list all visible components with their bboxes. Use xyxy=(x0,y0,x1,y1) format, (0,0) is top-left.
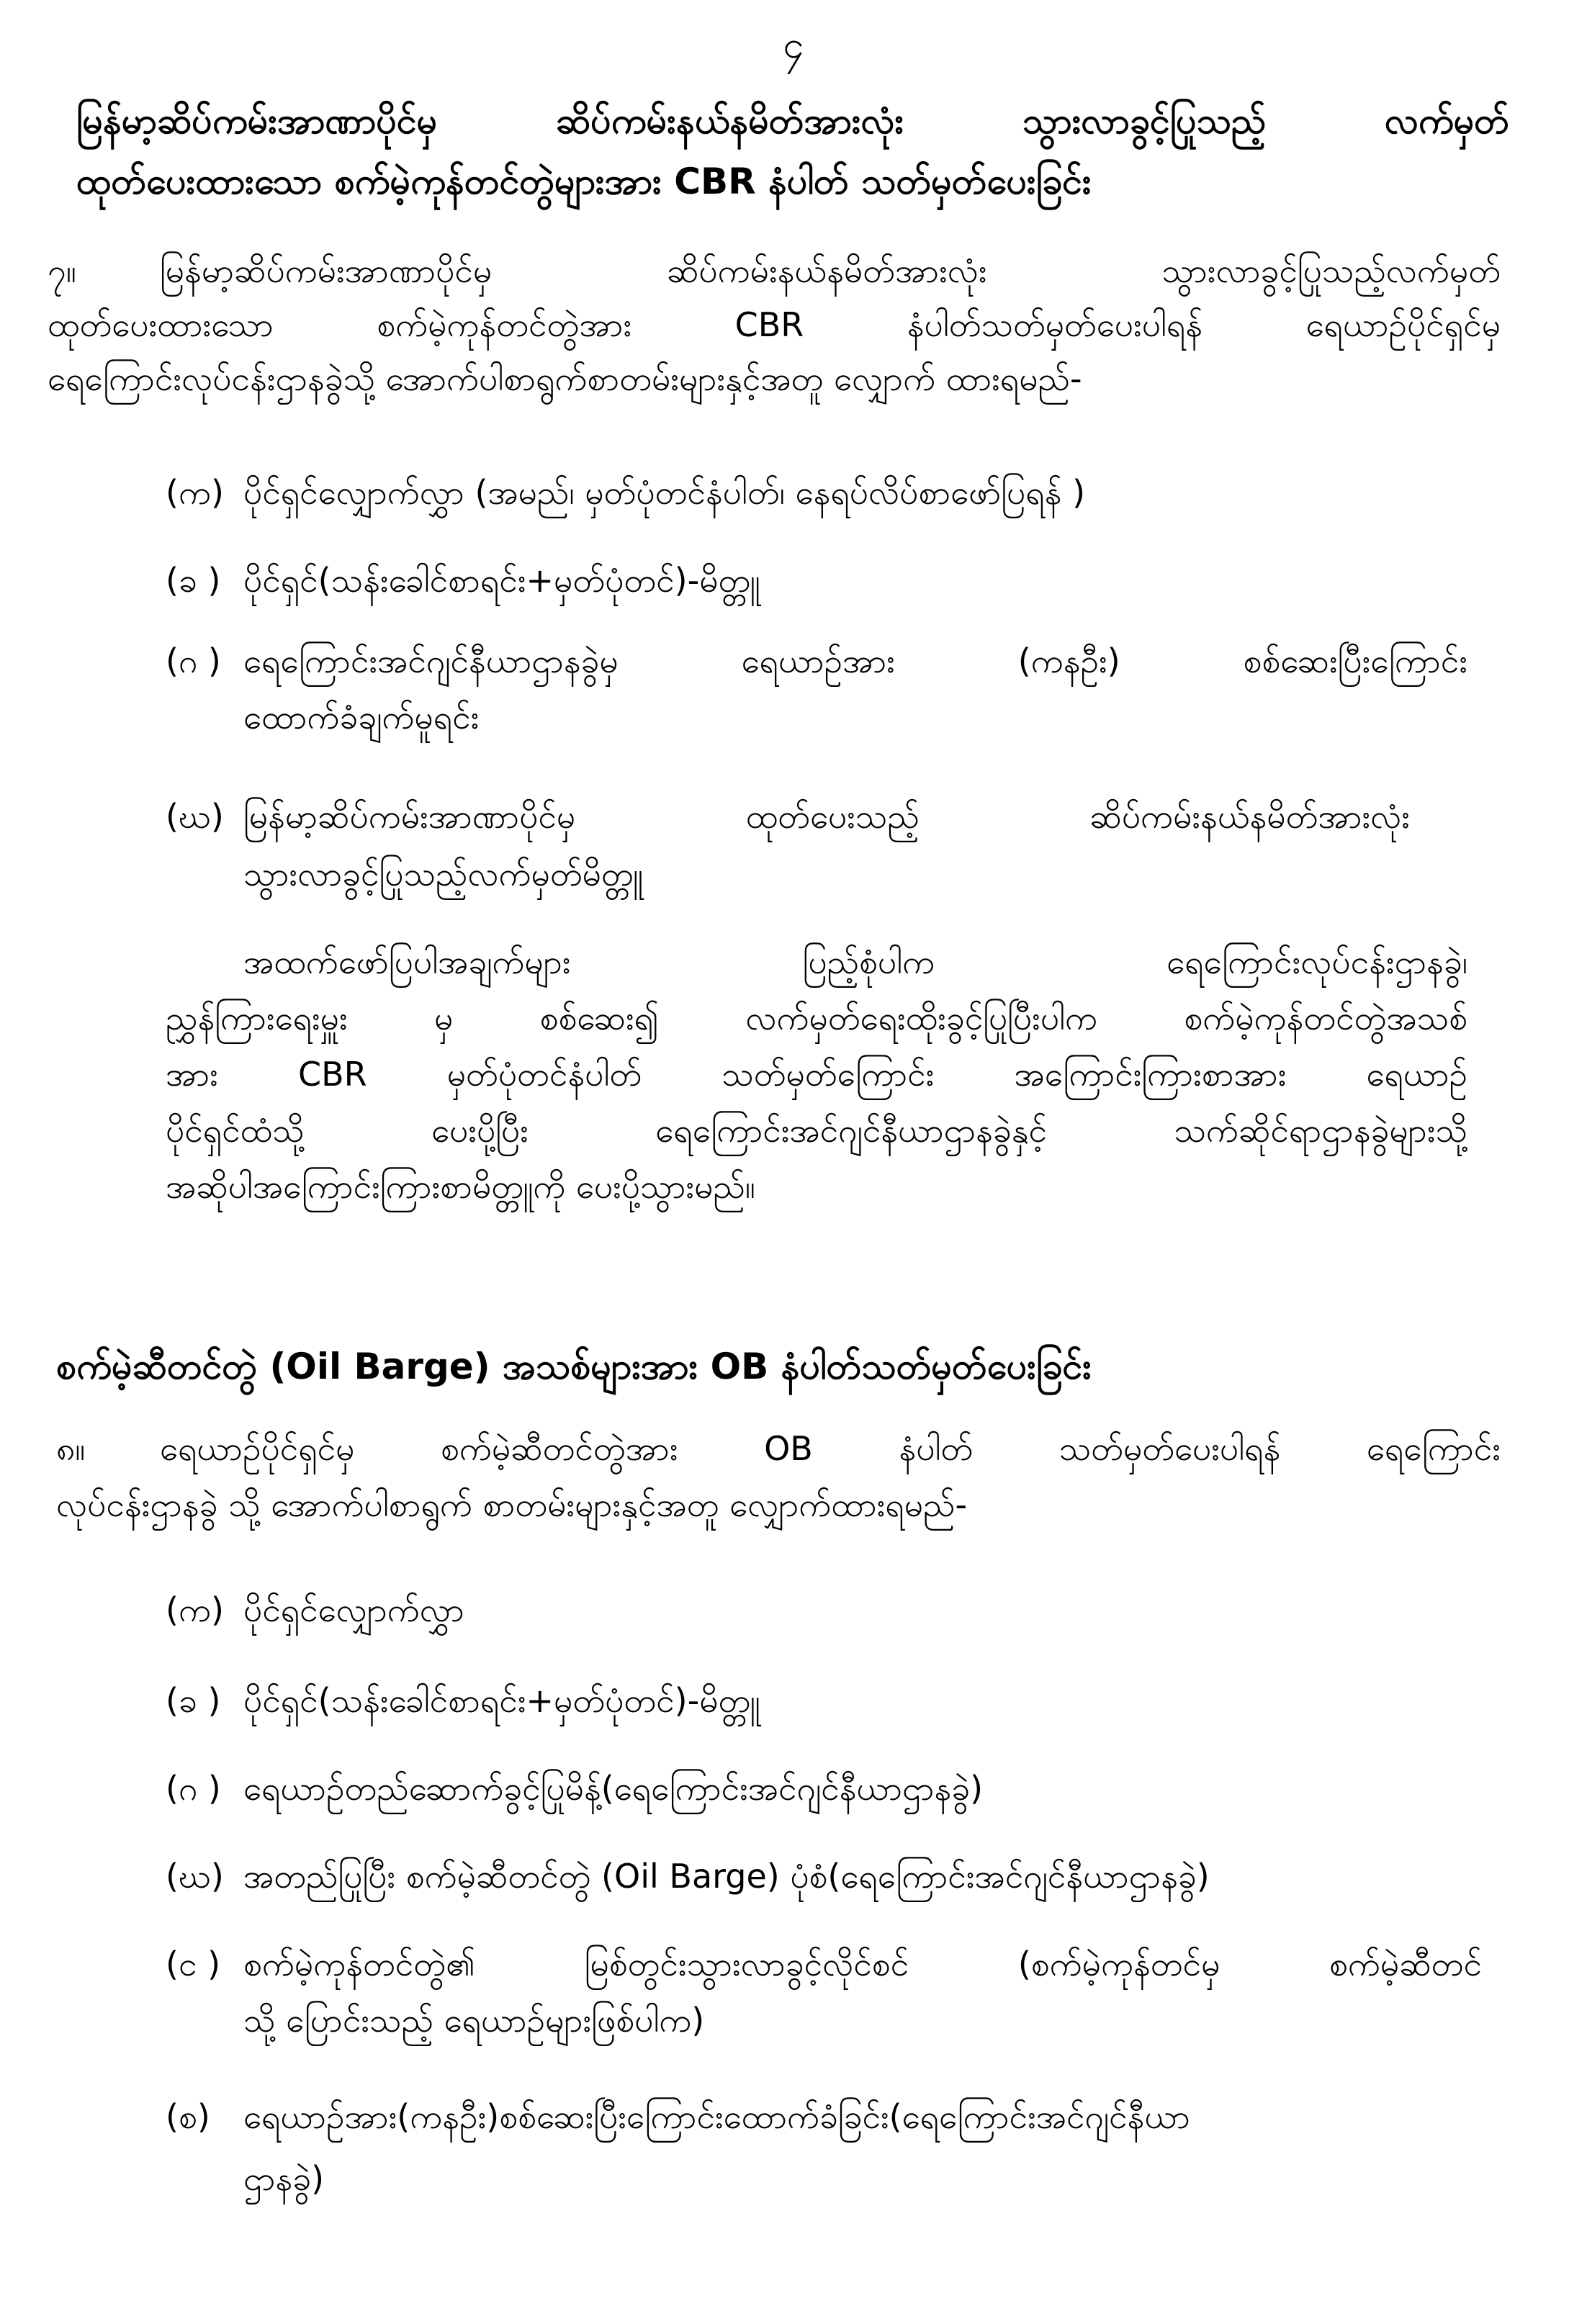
paragraph-8-number: ၈။ xyxy=(56,1423,85,1474)
paragraph-7-line-3: ရေကြောင်းလုပ်ငန်းဌာနခွဲသို့ အောက်ပါစာရွက… xyxy=(48,353,1082,405)
paragraph-7-line-2: ထုတ်ပေးထားသော စက်မဲ့ကုန်တင်တွဲအား CBR နံ… xyxy=(48,299,1501,351)
paragraph-7-line-1: မြန်မာ့ဆိပ်ကမ်းအာဏာပိုင်မှ ဆိပ်ကမ်းနယ်နမ… xyxy=(160,245,1501,297)
section-2-heading-text: စက်မဲ့ဆီတင်တွဲ (Oil Barge) အသစ်များအား O… xyxy=(56,1346,1092,1387)
s1-item-kha-text: ပိုင်ရှင်(သန်းခေါင်စာရင်း+မှတ်ပုံတင်)-မိ… xyxy=(243,554,760,606)
section-1-heading-line-1: မြန်မာ့ဆိပ်ကမ်းအာဏာပိုင်မှ ဆိပ်ကမ်းနယ်နမ… xyxy=(76,91,1509,151)
section-1-heading: မြန်မာ့ဆိပ်ကမ်းအာဏာပိုင်မှ ဆိပ်ကမ်းနယ်နမ… xyxy=(76,91,1509,212)
s2-item-sa-text-line-2: ဌာနခွဲ) xyxy=(243,2153,324,2204)
s1-item-gha-label: (ဃ) xyxy=(166,791,224,842)
s2-item-sa-text-line-1: ရေယာဉ်အား(ကနဦး)စစ်ဆေးပြီးကြောင်းထောက်ခံခ… xyxy=(243,2091,1190,2143)
s2-item-gha-text: အတည်ပြုပြီး စက်မဲ့ဆီတင်တွဲ (Oil Barge) ပ… xyxy=(243,1850,1210,1902)
closing-line-4: ပိုင်ရှင်ထံသို့ ပေးပို့ပြီး ရေကြောင်းအင်… xyxy=(166,1104,1467,1156)
s1-item-gha-text-line-1: မြန်မာ့ဆိပ်ကမ်းအာဏာပိုင်မှ ထုတ်ပေးသည့် ဆ… xyxy=(243,791,1410,842)
page-number: ၄ xyxy=(0,20,1587,71)
s2-item-ga-text: ရေယာဉ်တည်ဆောက်ခွင့်ပြုမိန့်(ရေကြောင်းအင်… xyxy=(243,1762,983,1814)
s2-item-ka-label: (က) xyxy=(166,1584,224,1636)
s1-item-ka-text: ပိုင်ရှင်လျှောက်လွှာ (အမည်၊ မှတ်ပုံတင်နံ… xyxy=(243,467,1085,518)
closing-line-2: ညွှန်ကြားရေးမှူး မှ စစ်ဆေး၍ လက်မှတ်ရေးထိ… xyxy=(166,992,1467,1044)
s2-item-ka-text: ပိုင်ရှင်လျှောက်လွှာ xyxy=(243,1584,464,1636)
s1-item-ga-label: (ဂ ) xyxy=(166,635,221,687)
paragraph-8-line-2: လုပ်ငန်းဌာနခွဲ သို့ အောက်ပါစာရွက် စာတမ်း… xyxy=(56,1479,967,1531)
paragraph-8-line-1: ရေယာဉ်ပိုင်ရှင်မှ စက်မဲ့ဆီတင်တွဲအား OB န… xyxy=(160,1423,1501,1474)
s2-item-nga-text-line-2: သို့ ပြောင်းသည့် ရေယာဉ်များဖြစ်ပါက) xyxy=(243,1994,704,2046)
closing-line-5: အဆိုပါအကြောင်းကြားစာမိတ္တူကို ပေးပို့သွာ… xyxy=(166,1161,755,1212)
s1-item-ga-text-line-1: ရေကြောင်းအင်ဂျင်နီယာဌာနခွဲမှ ရေယာဉ်အား (… xyxy=(243,635,1467,687)
section-1-heading-line-2: ထုတ်ပေးထားသော စက်မဲ့ကုန်တင်တွဲများအား CB… xyxy=(76,151,1509,212)
s2-item-gha-label: (ဃ) xyxy=(166,1850,224,1902)
s2-item-kha-text: ပိုင်ရှင်(သန်းခေါင်စာရင်း+မှတ်ပုံတင်)-မိ… xyxy=(243,1675,760,1726)
s1-item-gha-text-line-2: သွားလာခွင့်ပြုသည့်လက်မှတ်မိတ္တူ xyxy=(243,848,643,900)
s1-item-ka-label: (က) xyxy=(166,467,224,518)
paragraph-7-number: ၇။ xyxy=(48,245,76,297)
s2-item-sa-label: (စ) xyxy=(166,2091,210,2143)
closing-line-1: အထက်ဖော်ပြပါအချက်များ ပြည့်စုံပါက ရေကြော… xyxy=(243,936,1467,988)
s2-item-nga-label: (င ) xyxy=(166,1938,220,1990)
closing-line-3: အား CBR မှတ်ပုံတင်နံပါတ် သတ်မှတ်ကြောင်း … xyxy=(166,1048,1467,1100)
s2-item-ga-label: (ဂ ) xyxy=(166,1762,221,1814)
section-2-heading: စက်မဲ့ဆီတင်တွဲ (Oil Barge) အသစ်များအား O… xyxy=(56,1336,1489,1397)
s2-item-kha-label: (ခ ) xyxy=(166,1675,220,1726)
s1-item-ga-text-line-2: ထောက်ခံချက်မူရင်း xyxy=(243,691,479,743)
s2-item-nga-text-line-1: စက်မဲ့ကုန်တင်တွဲ၏ မြစ်တွင်းသွားလာခွင့်လိ… xyxy=(243,1938,1482,1990)
document-page: ၄ မြန်မာ့ဆိပ်ကမ်းအာဏာပိုင်မှ ဆိပ်ကမ်းနယ်… xyxy=(0,0,1587,2324)
s1-item-kha-label: (ခ ) xyxy=(166,554,220,606)
